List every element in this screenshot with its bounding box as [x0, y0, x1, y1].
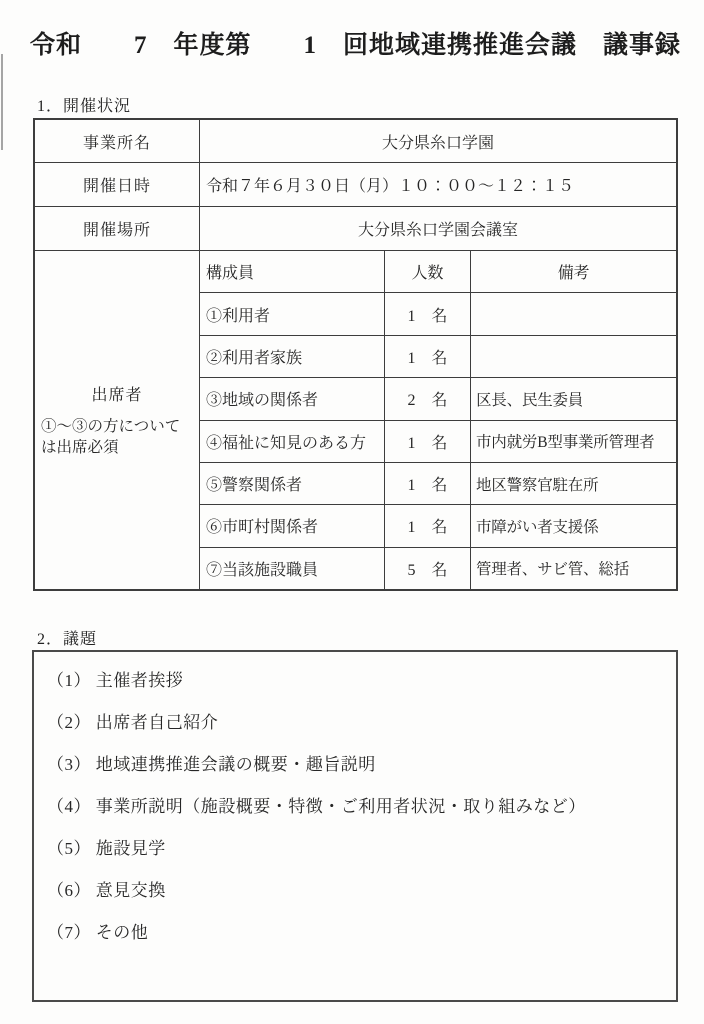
agenda-box: （1） 主催者挨拶 （2） 出席者自己紹介 （3） 地域連携推進会議の概要・趣旨… [32, 650, 678, 1002]
agenda-item-1: （1） 主催者挨拶 [34, 660, 676, 702]
table-row: 開催日時 令和７年６月３０日（月）１０：００～１２：１５ [35, 162, 676, 206]
note-cell: 地区警察官駐在所 [471, 463, 676, 504]
col-remarks-header: 備考 [471, 251, 676, 292]
member-cell: ④福祉に知見のある方 [200, 421, 385, 462]
attendees-table: 構成員 人数 備考 ①利用者 1 名 ②利用者家族 1 名 ③地域の関係者 2 … [200, 251, 676, 589]
member-cell: ③地域の関係者 [200, 378, 385, 419]
date-time-value: 令和７年６月３０日（月）１０：００～１２：１５ [200, 163, 676, 206]
scanned-document-page: 令和 7 年度第 1 回地域連携推進会議 議事録 1．開催状況 事業所名 大分県… [0, 0, 704, 1024]
agenda-item-2: （2） 出席者自己紹介 [34, 702, 676, 744]
document-title: 令和 7 年度第 1 回地域連携推進会議 議事録 [30, 25, 681, 61]
col-count-header: 人数 [385, 251, 471, 292]
note-cell: 管理者、サビ管、総括 [471, 548, 676, 589]
note-cell: 市内就労B型事業所管理者 [471, 421, 676, 462]
attendees-note: ①～③の方については出席必須 [41, 417, 193, 459]
business-name-label: 事業所名 [35, 120, 200, 162]
note-cell: 区長、民生委員 [471, 378, 676, 419]
attendee-row-staff: ⑦当該施設職員 5 名 管理者、サビ管、総括 [200, 547, 676, 589]
attendees-label: 出席者 [91, 382, 142, 405]
count-cell: 5 名 [385, 548, 471, 589]
location-value: 大分県糸口学園会議室 [200, 207, 676, 250]
attendee-row-welfare: ④福祉に知見のある方 1 名 市内就労B型事業所管理者 [200, 420, 676, 462]
agenda-item-5: （5） 施設見学 [34, 828, 676, 870]
member-cell: ②利用者家族 [200, 336, 385, 377]
table-row: 開催場所 大分県糸口学園会議室 [35, 206, 676, 250]
attendee-row-municipality: ⑥市町村関係者 1 名 市障がい者支援係 [200, 504, 676, 546]
note-cell [471, 293, 676, 334]
attendees-header-row: 構成員 人数 備考 [200, 251, 676, 292]
section2-heading: 2．議題 [37, 626, 97, 649]
col-member-header: 構成員 [200, 251, 385, 292]
date-time-label: 開催日時 [35, 163, 200, 206]
member-cell: ⑤警察関係者 [200, 463, 385, 504]
meeting-info-table: 事業所名 大分県糸口学園 開催日時 令和７年６月３０日（月）１０：００～１２：１… [33, 118, 678, 591]
member-cell: ⑥市町村関係者 [200, 505, 385, 546]
note-cell [471, 336, 676, 377]
attendee-row-community: ③地域の関係者 2 名 区長、民生委員 [200, 377, 676, 419]
count-cell: 2 名 [385, 378, 471, 419]
attendee-row-family: ②利用者家族 1 名 [200, 335, 676, 377]
count-cell: 1 名 [385, 421, 471, 462]
location-label: 開催場所 [35, 207, 200, 250]
attendee-row-police: ⑤警察関係者 1 名 地区警察官駐在所 [200, 462, 676, 504]
table-row: 事業所名 大分県糸口学園 [35, 120, 676, 162]
note-cell: 市障がい者支援係 [471, 505, 676, 546]
member-cell: ①利用者 [200, 293, 385, 334]
attendees-row: 出席者 ①～③の方については出席必須 構成員 人数 備考 ①利用者 1 名 ②利… [35, 250, 676, 589]
count-cell: 1 名 [385, 505, 471, 546]
attendees-label-cell: 出席者 ①～③の方については出席必須 [35, 251, 200, 589]
count-cell: 1 名 [385, 336, 471, 377]
agenda-item-3: （3） 地域連携推進会議の概要・趣旨説明 [34, 744, 676, 786]
member-cell: ⑦当該施設職員 [200, 548, 385, 589]
agenda-item-6: （6） 意見交換 [34, 870, 676, 912]
agenda-item-4: （4） 事業所説明（施設概要・特徴・ご利用者状況・取り組みなど） [34, 786, 676, 828]
scan-artifact-line [1, 54, 3, 150]
count-cell: 1 名 [385, 463, 471, 504]
section1-heading: 1．開催状況 [37, 93, 131, 116]
business-name-value: 大分県糸口学園 [200, 120, 676, 162]
count-cell: 1 名 [385, 293, 471, 334]
agenda-item-7: （7） その他 [34, 912, 676, 954]
attendee-row-users: ①利用者 1 名 [200, 292, 676, 334]
